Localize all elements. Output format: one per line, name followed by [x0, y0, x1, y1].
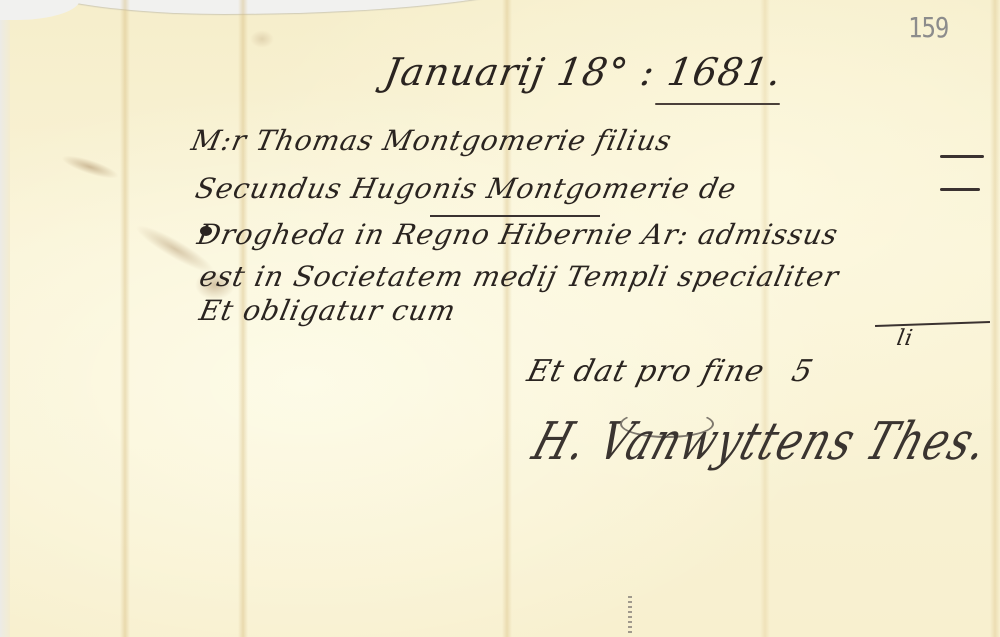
- body-line-2: Secundus Hugonis Montgomerie de: [192, 172, 739, 205]
- fold-line: [990, 0, 1000, 637]
- date-underline: [655, 103, 780, 105]
- scan-left-margin: [0, 0, 10, 637]
- overline-stroke: [430, 215, 600, 217]
- ink-blot: [200, 226, 212, 236]
- body-line-4: est in Societatem medij Templi specialit…: [196, 260, 842, 293]
- document-scan: 159 Januarij 18° : 1681. M:r Thomas Mont…: [0, 0, 1000, 637]
- fold-line: [760, 0, 770, 637]
- closing-text: Et dat pro fine: [524, 354, 769, 389]
- paper-stain: [250, 30, 274, 48]
- fold-line: [502, 0, 512, 637]
- line-filler-dash: [940, 188, 980, 191]
- fold-line: [120, 0, 130, 637]
- body-line-3: Drogheda in Regno Hibernie Ar: admissus: [194, 218, 841, 251]
- line-filler-dash: [940, 155, 984, 158]
- body-line-1: M:r Thomas Montgomerie filius: [188, 124, 675, 157]
- date-line: Januarij 18° : 1681.: [381, 50, 786, 94]
- treasurer-signature: H. Vanwyttens Thes.: [526, 412, 997, 472]
- folio-number: 159: [908, 12, 948, 44]
- paper-damage-specks: [628, 596, 632, 636]
- closing-line: Et dat pro fine 5: [524, 354, 817, 389]
- body-line-5: Et obligatur cum: [196, 294, 459, 327]
